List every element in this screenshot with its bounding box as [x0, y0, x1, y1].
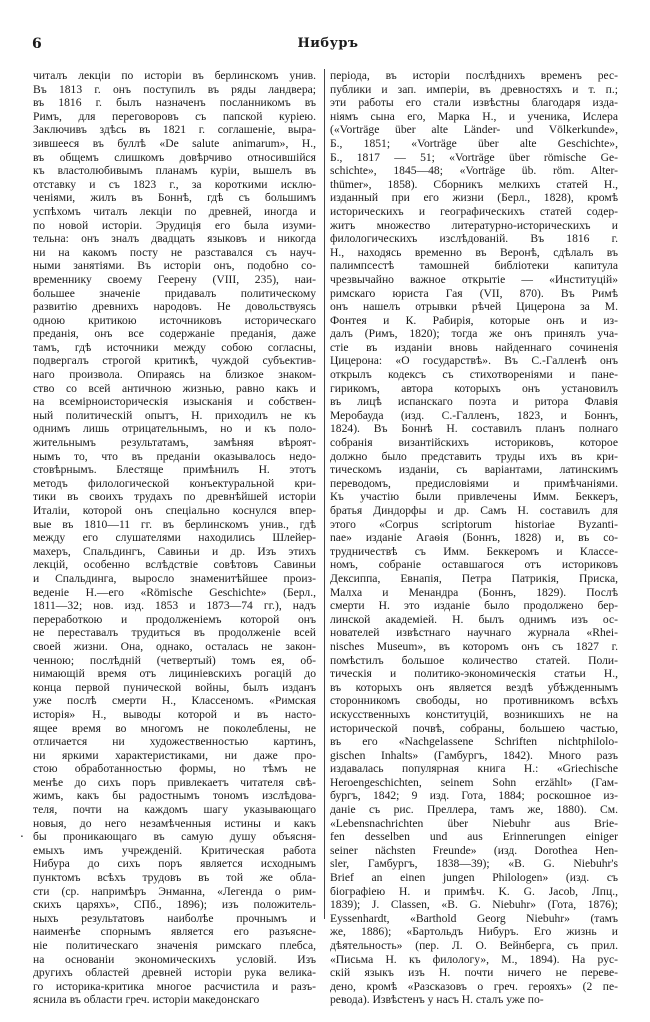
text-line: жительнымъ результатамъ, замѣняя вѣроят-	[33, 436, 316, 450]
text-line: переработкою и продолженіемъ которой онъ	[33, 613, 316, 627]
left-column: читалъ лекціи по исторіи въ берлинскомъ …	[33, 69, 316, 1007]
text-line: палимпсестѣ тамошней библіотеки капитула	[330, 259, 618, 273]
text-line: далъ (Римъ, 1820); тогда же онъ принялъ …	[330, 327, 618, 341]
text-line: скій языкъ изъ Н. почти ничего не переве…	[330, 966, 618, 980]
text-line: тельна: онъ зналъ двадцать языковъ и ник…	[33, 232, 316, 246]
text-line: ченною; послѣдній (четвертый) томъ ея, о…	[33, 654, 316, 668]
text-line: гирикомъ, автора которыхъ онъ установилъ	[330, 382, 618, 396]
text-line: сти (ср. напримѣръ Энманна, «Легенда о р…	[33, 885, 316, 899]
text-line: 1811—32; нов. изд. 1853 и 1873—74 гг.), …	[33, 599, 316, 613]
text-line: уже послѣ смерти Н., Классеномъ. «Римска…	[33, 694, 316, 708]
text-line: тическомъ изданіи, съ варіантами, латинс…	[330, 463, 618, 477]
text-line: ный политическій опытъ, Н. приходилъ не …	[33, 409, 316, 423]
text-line: тамъ, гдѣ источники между собою согласны…	[33, 341, 316, 355]
text-line: же, 1886); «Бартольдъ Нибуръ. Его жизнь …	[330, 925, 618, 939]
text-line: чрезвычайно важное открытіе — «Институці…	[330, 273, 618, 287]
text-line: біографіею Н. и примѣч. K. G. Jacob, Лпц…	[330, 885, 618, 899]
text-line: Б., 1851; «Vorträge über alte Geschichte…	[330, 137, 618, 151]
text-line: теля, почти на каждомъ шагу указывающаго	[33, 803, 316, 817]
text-line: подвергалъ строгой критикѣ, чуждой субъе…	[33, 354, 316, 368]
text-line: seiner nächsten Freunde» (изд. Dorothea …	[330, 844, 618, 858]
text-line: тики въ своихъ трудахъ по древнѣйшей ист…	[33, 490, 316, 504]
text-line: между его слушателями находились Шлейер-	[33, 531, 316, 545]
text-line: го историка-критика многое расчистила и …	[33, 980, 316, 994]
text-line: развитію древнихъ народовъ. Не довольств…	[33, 300, 316, 314]
text-line: дено, кромѣ «Разсказовъ о греч. герояхъ»…	[330, 980, 618, 994]
text-line: братья Диндорфы и др. Самъ Н. составилъ …	[330, 504, 618, 518]
text-line: историческихъ и географическихъ статей с…	[330, 205, 618, 219]
text-line: скихъ царяхъ», СПб., 1896); изъ положите…	[33, 898, 316, 912]
page-header: 6 Нибуръ	[32, 36, 624, 54]
text-line: нимающій время отъ лициніевскихъ рогацій…	[33, 667, 316, 681]
text-line: ныхъ результатовъ наиболѣе прочнымъ и	[33, 912, 316, 926]
text-line: Heroengeschichten, seinem Sohn erzählt» …	[330, 776, 618, 790]
text-line: thümer», 1858). Сборникъ мелкихъ статей …	[330, 178, 618, 192]
text-line: онъ нашелъ отрывки рѣчей Цицерона за М.	[330, 300, 618, 314]
text-line: нователей извѣстнаго научнаго журнала «R…	[330, 626, 618, 640]
text-line: публики и зап. имперіи, въ древностяхъ и…	[330, 83, 618, 97]
text-line: искусственныхъ конституцій, возникшихъ н…	[330, 708, 618, 722]
text-line: въ общемъ слишкомъ довѣрчиво относившійс…	[33, 151, 316, 165]
text-line: Нибура до сихъ поръ является исходнымъ	[33, 857, 316, 871]
text-line: Меробауда (изд. С.-Галленъ, 1823, и Бонн…	[330, 409, 618, 423]
text-line: Н., находясь временно въ Веронѣ, сдѣлалъ…	[330, 246, 618, 260]
text-line: ящее время во многомъ не поколеблены, не	[33, 722, 316, 736]
text-line: пунктомъ всѣхъ трудовъ въ той же обла-	[33, 871, 316, 885]
text-line: преданія, онъ все содержаніе преданія, д…	[33, 327, 316, 341]
text-line: наго произвола. Опираясь на близкое знак…	[33, 368, 316, 382]
text-line: нымъ то, что въ преданіи оказывалось нед…	[33, 450, 316, 464]
text-line: яснила въ области греч. исторіи македонс…	[33, 993, 316, 1007]
text-line: бургъ, 1842; 9 изд. Гота, 1884; роскошно…	[330, 789, 618, 803]
text-line: зившееся въ буллѣ «De salute animarum», …	[33, 137, 316, 151]
text-line: помѣстилъ большое количество статей. Пол…	[330, 654, 618, 668]
text-line: стою обработанностью формы, но тѣмъ не	[33, 762, 316, 776]
text-line: издавалась популярная книга Н.: «Griechi…	[330, 762, 618, 776]
text-line: и Спальдинга, выросло знаменитѣйшее прои…	[33, 572, 316, 586]
text-line: даніе съ рис. Преллера, тамъ же, 1880). …	[330, 803, 618, 817]
text-line: ными занятіями. Въ исторіи онъ, подобно …	[33, 259, 316, 273]
text-line: на основаніи экономическихъ условій. Изъ	[33, 953, 316, 967]
text-line: филологическихъ изслѣдованій. Въ 1816 г.	[330, 232, 618, 246]
text-line: въ лицѣ испанскаго поэта и ритора Флавія	[330, 395, 618, 409]
text-line: наименѣе спорнымъ является его разъясне-	[33, 925, 316, 939]
text-line: не переставалъ трудиться въ продолженіе …	[33, 626, 316, 640]
text-line: ство со всей античною жизнью, равно какъ…	[33, 382, 316, 396]
text-line: sler, Гамбургъ, 1838—39); «B. G. Niebuhr…	[330, 857, 618, 871]
text-line: къ властолюбивымъ планамъ куріи, вышелъ …	[33, 164, 316, 178]
text-line: римскаго юриста Гая (VII, 870). Въ Римѣ	[330, 287, 618, 301]
text-line: емыхъ имъ учрежденій. Критическая работа	[33, 844, 316, 858]
text-line: ни яркими характеристиками, ни даже про-	[33, 749, 316, 763]
text-line: отличается ни художественностью картинъ,	[33, 735, 316, 749]
text-line: успѣхомъ читалъ лекціи по древней, иногд…	[33, 205, 316, 219]
text-line: Заключивъ здѣсь въ 1821 г. соглашеніе, в…	[33, 123, 316, 137]
text-line: 1839); J. Classen, «B. G. Niebuhr» (Гота…	[330, 898, 618, 912]
text-line: Б., 1817 — 51; «Vorträge über römische G…	[330, 151, 618, 165]
text-line: вые въ 1810—11 гг. въ берлинскомъ унив.,…	[33, 518, 316, 532]
text-line: въ которыхъ онъ является вездѣ убѣжденны…	[330, 681, 618, 695]
text-line: «Письма Н. къ филологу», М., 1894). На р…	[330, 953, 618, 967]
text-line: ревода). Извѣстенъ у насъ Н. сталъ уже п…	[330, 993, 618, 1007]
text-line: сторонникомъ свободы, но противникомъ вс…	[330, 694, 618, 708]
text-line: schichte», 1845—48; «Vorträge üb. röm. A…	[330, 164, 618, 178]
text-line: ни на какомъ посту не разставался съ нау…	[33, 246, 316, 260]
text-line: этого «Corpus scriptorum historiae Byzan…	[330, 518, 618, 532]
text-line: временнику своему Геерену (VIII, 235), н…	[33, 273, 316, 287]
text-line: житъ множество литературно-историческихъ…	[330, 219, 618, 233]
text-line: въ 1816 г. былъ назначенъ посланникомъ в…	[33, 96, 316, 110]
text-line: въ его «Nachgelassene Schriften nichtphi…	[330, 735, 618, 749]
text-line: nae» изданіе Агаѳія (Боннъ, 1828) и, въ …	[330, 531, 618, 545]
text-line: конца первой пунической войны, былъ изда…	[33, 681, 316, 695]
text-line: 1824). Въ Боннѣ Н. составилъ планъ полна…	[330, 422, 618, 436]
text-line: переводомъ, предисловіями и примѣчаніями…	[330, 477, 618, 491]
text-line: новыя, до него незамѣченныя истины и как…	[33, 817, 316, 831]
text-line: Малха и Менандра (Боннъ, 1829). Послѣ	[330, 586, 618, 600]
text-line: читалъ лекціи по исторіи въ берлинскомъ …	[33, 69, 316, 83]
text-line: дѣятельность» (пер. Л. О. Вейнберга, съ …	[330, 939, 618, 953]
margin-mark: .	[20, 826, 24, 840]
right-column: періода, въ исторіи послѣднихъ временъ р…	[324, 69, 618, 919]
text-line: большее значеніе придавалъ политическому	[33, 287, 316, 301]
text-line: стовѣрнымъ. Блестяще примѣнилъ Н. этотъ	[33, 463, 316, 477]
text-line: ніе политическаго значенія римскаго плеб…	[33, 939, 316, 953]
text-line: линской академіей. Н. былъ однимъ изъ ос…	[330, 613, 618, 627]
text-line: бы проникающаго въ самую душу объясня-	[33, 830, 316, 844]
text-line: ніямъ сына его, Марка Н., и ученика, Исл…	[330, 110, 618, 124]
text-line: nisches Museum», въ которомъ онъ съ 1827…	[330, 640, 618, 654]
text-line: должно было представить труды ихъ въ кри…	[330, 450, 618, 464]
text-line: смерти Н. это изданіе было продолжено бе…	[330, 599, 618, 613]
text-line: Италіи, которой онъ спеціально коснулся …	[33, 504, 316, 518]
text-line: номъ, собраніе оставшагося отъ историков…	[330, 558, 618, 572]
text-line: изданный при его жизни (Берл., 1828), кр…	[330, 191, 618, 205]
text-line: Eyssenhardt, «Barthold Georg Niebuhr» (т…	[330, 912, 618, 926]
text-line: открылъ кодексъ съ стихотвореніями и пан…	[330, 368, 618, 382]
text-line: методъ филологической конъектуральной кр…	[33, 477, 316, 491]
text-line: одною критикою источниковъ историческаго	[33, 314, 316, 328]
text-line: другихъ областей древней исторіи рука ве…	[33, 966, 316, 980]
text-line: на всемірноисторическія изысканія и собс…	[33, 395, 316, 409]
text-line: періода, въ исторіи послѣднихъ временъ р…	[330, 69, 618, 83]
text-line: стіе въ изданіи вновь найденнаго сочинен…	[330, 341, 618, 355]
text-line: лекцій, особенно вслѣдствіе совѣтовъ Сав…	[33, 558, 316, 572]
text-line: Цицерона: «О государствѣ». Въ С.-Галленѣ…	[330, 354, 618, 368]
text-line: однимъ лишь отрицательнымъ, но и къ поло…	[33, 422, 316, 436]
text-line: по новой исторіи. Эрудиція его была изум…	[33, 219, 316, 233]
text-line: собранія византійскихъ историковъ, котор…	[330, 436, 618, 450]
text-line: менѣе до сихъ поръ привлекаетъ читателя …	[33, 776, 316, 790]
text-line: («Vorträge über alte Länder- und Völkerk…	[330, 123, 618, 137]
text-line: жимъ, какъ бы радостнымъ тономъ изслѣдов…	[33, 789, 316, 803]
text-line: веденіе Н.—его «Römische Geschichte» (Бе…	[33, 586, 316, 600]
text-line: махеръ, Спальдингъ, Савиньи и др. Изъ эт…	[33, 545, 316, 559]
text-line: исторія» Н., выводы которой и въ насто-	[33, 708, 316, 722]
text-line: Въ 1813 г. онъ поступилъ въ ряды ландвер…	[33, 83, 316, 97]
text-line: исторической почвѣ, собраны, большею час…	[330, 722, 618, 736]
text-line: Brief an einen jungen Philologen» (изд. …	[330, 871, 618, 885]
text-line: своей жизни. Она, однако, осталась не за…	[33, 640, 316, 654]
text-line: эти работы его стали извѣстны благодаря …	[330, 96, 618, 110]
text-line: «Lebensnachrichten über Niebuhr aus Brie…	[330, 817, 618, 831]
text-line: тическія и политико-экономическія статьи…	[330, 667, 618, 681]
running-head: Нибуръ	[32, 36, 624, 51]
text-line: ченіями, жилъ въ Боннѣ, гдѣ съ большимъ	[33, 191, 316, 205]
text-line: Къ участію были привлечены Имм. Беккеръ,	[330, 490, 618, 504]
text-line: gischen Inhalts» (Гамбургъ, 1842). Много…	[330, 749, 618, 763]
text-line: отставку и съ 1823 г., за короткими искл…	[33, 178, 316, 192]
text-line: Римъ, для переговоровъ съ папской куріею…	[33, 110, 316, 124]
text-line: fen desselben und aus Erinnerungen einig…	[330, 830, 618, 844]
text-line: Фонтея и К. Рабирія, которые онъ и из-	[330, 314, 618, 328]
text-line: трудничествѣ съ Имм. Беккеромъ и Классе-	[330, 545, 618, 559]
text-line: Дексиппа, Евнапія, Петра Патрикія, Приск…	[330, 572, 618, 586]
